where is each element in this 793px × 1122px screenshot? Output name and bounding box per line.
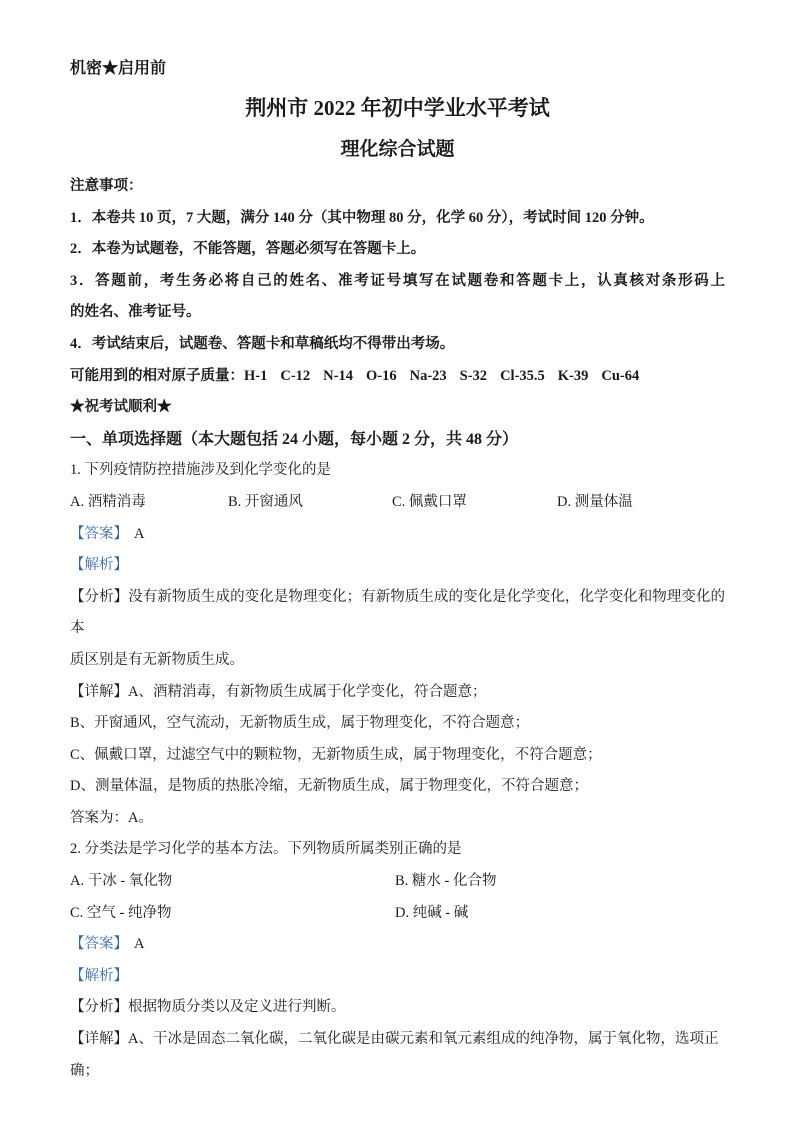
question-1-option-b: B. 开窗通风: [228, 487, 392, 519]
section-1-heading: 一、单项选择题（本大题包括 24 小题，每小题 2 分，共 48 分）: [70, 424, 725, 456]
atomic-mass-s: S-32: [460, 368, 487, 384]
question-2-answer-tag: 【答案】: [70, 936, 128, 952]
atomic-mass-cu: Cu-64: [601, 368, 639, 384]
question-2-analysis: 【分析】根据物质分类以及定义进行判断。: [70, 992, 725, 1024]
notice-heading: 注意事项：: [70, 171, 725, 203]
question-1-option-c: C. 佩戴口罩: [392, 487, 557, 519]
question-1-answer-line: 【答案】A: [70, 519, 725, 551]
notice-item-2: 2．本卷为试题卷，不能答题，答题必须写在答题卡上。: [70, 234, 725, 266]
question-1-options: A. 酒精消毒 B. 开窗通风 C. 佩戴口罩 D. 测量体温: [70, 487, 725, 519]
question-2-option-a: A. 干冰 - 氧化物: [70, 866, 395, 898]
exam-title: 荆州市 2022 年初中学业水平考试: [70, 95, 725, 121]
notice-item-3-line-1: 3．答题前，考生务必将自己的姓名、准考证号填写在试题卷和答题卡上，认真核对条形码…: [70, 266, 725, 298]
exam-subtitle: 理化综合试题: [70, 138, 725, 162]
exam-wish: ★祝考试顺利★: [70, 392, 725, 424]
notice-item-4: 4．考试结束后，试题卷、答题卡和草稿纸均不得带出考场。: [70, 329, 725, 361]
notice-item-3-line-2: 的姓名、准考证号。: [70, 297, 725, 329]
question-2-answer-value: A: [134, 936, 144, 952]
question-1-detail-b: B、开窗通风，空气流动，无新物质生成，属于物理变化，不符合题意；: [70, 708, 725, 740]
question-1-answer-tag: 【答案】: [70, 526, 128, 542]
atomic-mass-k: K-39: [558, 368, 589, 384]
question-2-jiexi-tag: 【解析】: [70, 961, 725, 993]
question-1-option-a: A. 酒精消毒: [70, 487, 228, 519]
question-2-option-c: C. 空气 - 纯净物: [70, 898, 395, 930]
question-1-detail-d: D、测量体温，是物质的热胀冷缩，无新物质生成，属于物理变化，不符合题意；: [70, 771, 725, 803]
question-2-stem: 2. 分类法是学习化学的基本方法。下列物质所属类别正确的是: [70, 834, 725, 866]
atomic-mass-cl: Cl-35.5: [500, 368, 545, 384]
question-2-option-d: D. 纯碱 - 碱: [395, 898, 725, 930]
question-1-jiexi-tag: 【解析】: [70, 550, 725, 582]
question-1-option-d: D. 测量体温: [557, 487, 725, 519]
question-1-analysis-line-2: 质区别是有无新物质生成。: [70, 645, 725, 677]
question-1-stem: 1. 下列疫情防控措施涉及到化学变化的是: [70, 455, 725, 487]
atomic-mass-n: N-14: [323, 368, 353, 384]
question-2-option-b: B. 糖水 - 化合物: [395, 866, 725, 898]
question-1-conclusion: 答案为：A。: [70, 803, 725, 835]
notice-item-1: 1．本卷共 10 页，7 大题，满分 140 分（其中物理 80 分，化学 60…: [70, 203, 725, 235]
question-2-options-row-1: A. 干冰 - 氧化物 B. 糖水 - 化合物: [70, 866, 725, 898]
atomic-mass-na: Na-23: [410, 368, 447, 384]
exam-document-page: 机密★启用前 荆州市 2022 年初中学业水平考试 理化综合试题 注意事项： 1…: [0, 0, 793, 1122]
question-2-detail: 【详解】A、干冰是固态二氧化碳，二氧化碳是由碳元素和氧元素组成的纯净物，属于氧化…: [70, 1024, 725, 1087]
atomic-mass-c: C-12: [280, 368, 310, 384]
question-1-answer-value: A: [134, 526, 144, 542]
question-2-answer-line: 【答案】A: [70, 929, 725, 961]
atomic-mass-h: H-1: [244, 368, 267, 384]
atomic-masses-label: 可能用到的相对原子质量：: [70, 368, 244, 384]
document-body: 注意事项： 1．本卷共 10 页，7 大题，满分 140 分（其中物理 80 分…: [70, 171, 725, 1087]
atomic-masses-line: 可能用到的相对原子质量：H-1C-12N-14O-16Na-23S-32Cl-3…: [70, 361, 725, 393]
question-1-analysis-line-1: 【分析】没有新物质生成的变化是物理变化；有新物质生成的变化是化学变化，化学变化和…: [70, 582, 725, 645]
question-2-options-row-2: C. 空气 - 纯净物 D. 纯碱 - 碱: [70, 898, 725, 930]
atomic-mass-o: O-16: [366, 368, 397, 384]
classification-banner: 机密★启用前: [70, 58, 725, 80]
question-1-detail-c: C、佩戴口罩，过滤空气中的颗粒物，无新物质生成，属于物理变化，不符合题意；: [70, 740, 725, 772]
question-1-detail-a: 【详解】A、酒精消毒，有新物质生成属于化学变化，符合题意；: [70, 677, 725, 709]
